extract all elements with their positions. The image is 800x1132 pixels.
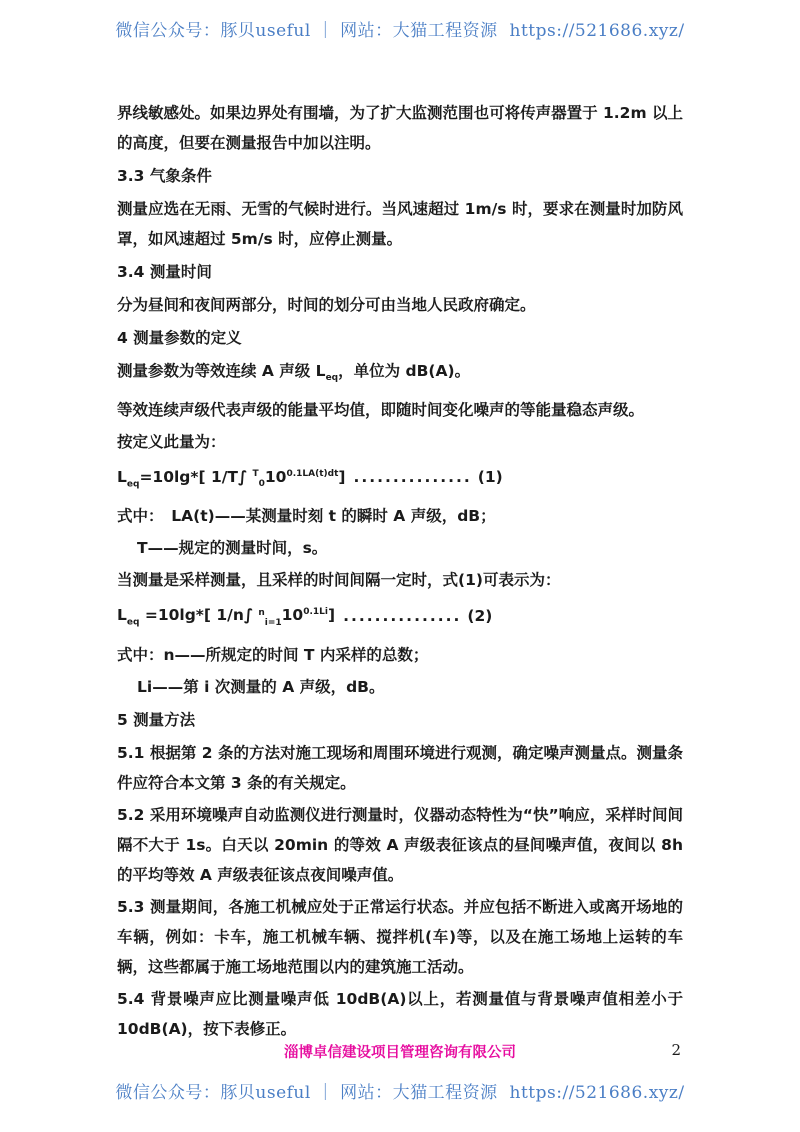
f2-exponent: 0.1Li — [303, 607, 328, 617]
heading-3-4: 3.4 测量时间 — [117, 257, 683, 287]
paragraph-5-3: 5.3 测量期间，各施工机械应处于正常运行状态。并应包括不断进入或离开场地的车辆… — [117, 892, 683, 982]
paragraph-5-2: 5.2 采用环境噪声自动监测仪进行测量时，仪器动态特性为“快”响应，采样时间间隔… — [117, 800, 683, 890]
formula-2: Leq =10lg*[ 1/n∫ni=1100.1Li]............… — [117, 597, 683, 637]
paragraph-leq-definition: 测量参数为等效连续 A 声级 Leq，单位为 dB(A)。 — [117, 356, 683, 393]
f2-lhs: L — [117, 607, 127, 625]
paragraph-5-1: 5.1 根据第 2 条的方法对施工现场和周围环境进行观测，确定噪声测量点。测量条… — [117, 738, 683, 798]
document-page: 微信公众号：豚贝useful ｜ 网站：大猫工程资源 https://52168… — [0, 0, 800, 1132]
f1-dots: ............... — [353, 468, 471, 486]
leq-pre: 测量参数为等效连续 A 声级 L — [117, 362, 326, 380]
paragraph-Li-definition: Li——第 i 次测量的 A 声级，dB。 — [117, 672, 683, 702]
document-content: 界线敏感处。如果边界处有围墙，为了扩大监测范围也可将传声器置于 1.2m 以上的… — [117, 98, 683, 1046]
header-watermark-url[interactable]: https://521686.xyz/ — [510, 21, 685, 41]
footer-watermark-url[interactable]: https://521686.xyz/ — [510, 1083, 685, 1103]
paragraph-where-2: 式中：n——所规定的时间 T 内采样的总数； — [117, 640, 683, 670]
paragraph-boundary-note: 界线敏感处。如果边界处有围墙，为了扩大监测范围也可将传声器置于 1.2m 以上的… — [117, 98, 683, 158]
formula-1: Leq=10lg*[ 1/T∫T0100.1LA(t)dt]..........… — [117, 459, 683, 499]
paragraph-energy-average: 等效连续声级代表声级的能量平均值，即随时间变化噪声的等能量稳态声级。 — [117, 395, 683, 425]
f2-number: (2) — [467, 607, 492, 625]
f1-lhs-sub: eq — [127, 479, 140, 489]
footer-watermark: 微信公众号：豚贝useful ｜ 网站：大猫工程资源 https://52168… — [0, 1078, 800, 1103]
f2-dots: ............... — [343, 607, 461, 625]
paragraph-where-1: 式中： LA(t)——某测量时刻 t 的瞬时 A 声级，dB； — [117, 501, 683, 531]
f1-exponent: 0.1LA(t)dt — [286, 469, 338, 479]
paragraph-by-definition: 按定义此量为： — [117, 427, 683, 457]
f1-lhs: L — [117, 468, 127, 486]
f1-integral-bounds: T0 — [252, 468, 264, 486]
footer-watermark-text: 微信公众号：豚贝useful ｜ 网站：大猫工程资源 — [115, 1083, 497, 1103]
heading-5: 5 测量方法 — [117, 705, 683, 735]
f2-lhs-sub: eq — [127, 618, 140, 628]
paragraph-time-division: 分为昼间和夜间两部分，时间的划分可由当地人民政府确定。 — [117, 290, 683, 320]
paragraph-sampling: 当测量是采样测量，且采样的时间间隔一定时，式(1)可表示为： — [117, 565, 683, 595]
f1-eq: =10lg*[ 1/T∫ — [139, 468, 247, 486]
f2-close: ] — [328, 607, 335, 625]
f1-close: ] — [338, 468, 345, 486]
f2-sum-bounds: ni=1 — [258, 607, 281, 625]
f1-number: (1) — [478, 468, 503, 486]
paragraph-weather: 测量应选在无雨、无雪的气候时进行。当风速超过 1m/s 时，要求在测量时加防风罩… — [117, 194, 683, 254]
page-number: 2 — [671, 1041, 681, 1059]
heading-4: 4 测量参数的定义 — [117, 323, 683, 353]
f2-base: 10 — [282, 607, 304, 625]
header-watermark-text: 微信公众号：豚贝useful ｜ 网站：大猫工程资源 — [115, 21, 497, 41]
paragraph-5-4: 5.4 背景噪声应比测量噪声低 10dB(A)以上，若测量值与背景噪声值相差小于… — [117, 984, 683, 1044]
f1-base: 10 — [265, 468, 287, 486]
f2-eq: =10lg*[ 1/n∫ — [139, 607, 253, 625]
leq-post: ，单位为 dB(A)。 — [338, 362, 470, 380]
heading-3-3: 3.3 气象条件 — [117, 161, 683, 191]
header-watermark: 微信公众号：豚贝useful ｜ 网站：大猫工程资源 https://52168… — [0, 16, 800, 41]
leq-subscript: eq — [326, 373, 339, 383]
paragraph-T-definition: T——规定的测量时间，s。 — [117, 533, 683, 563]
